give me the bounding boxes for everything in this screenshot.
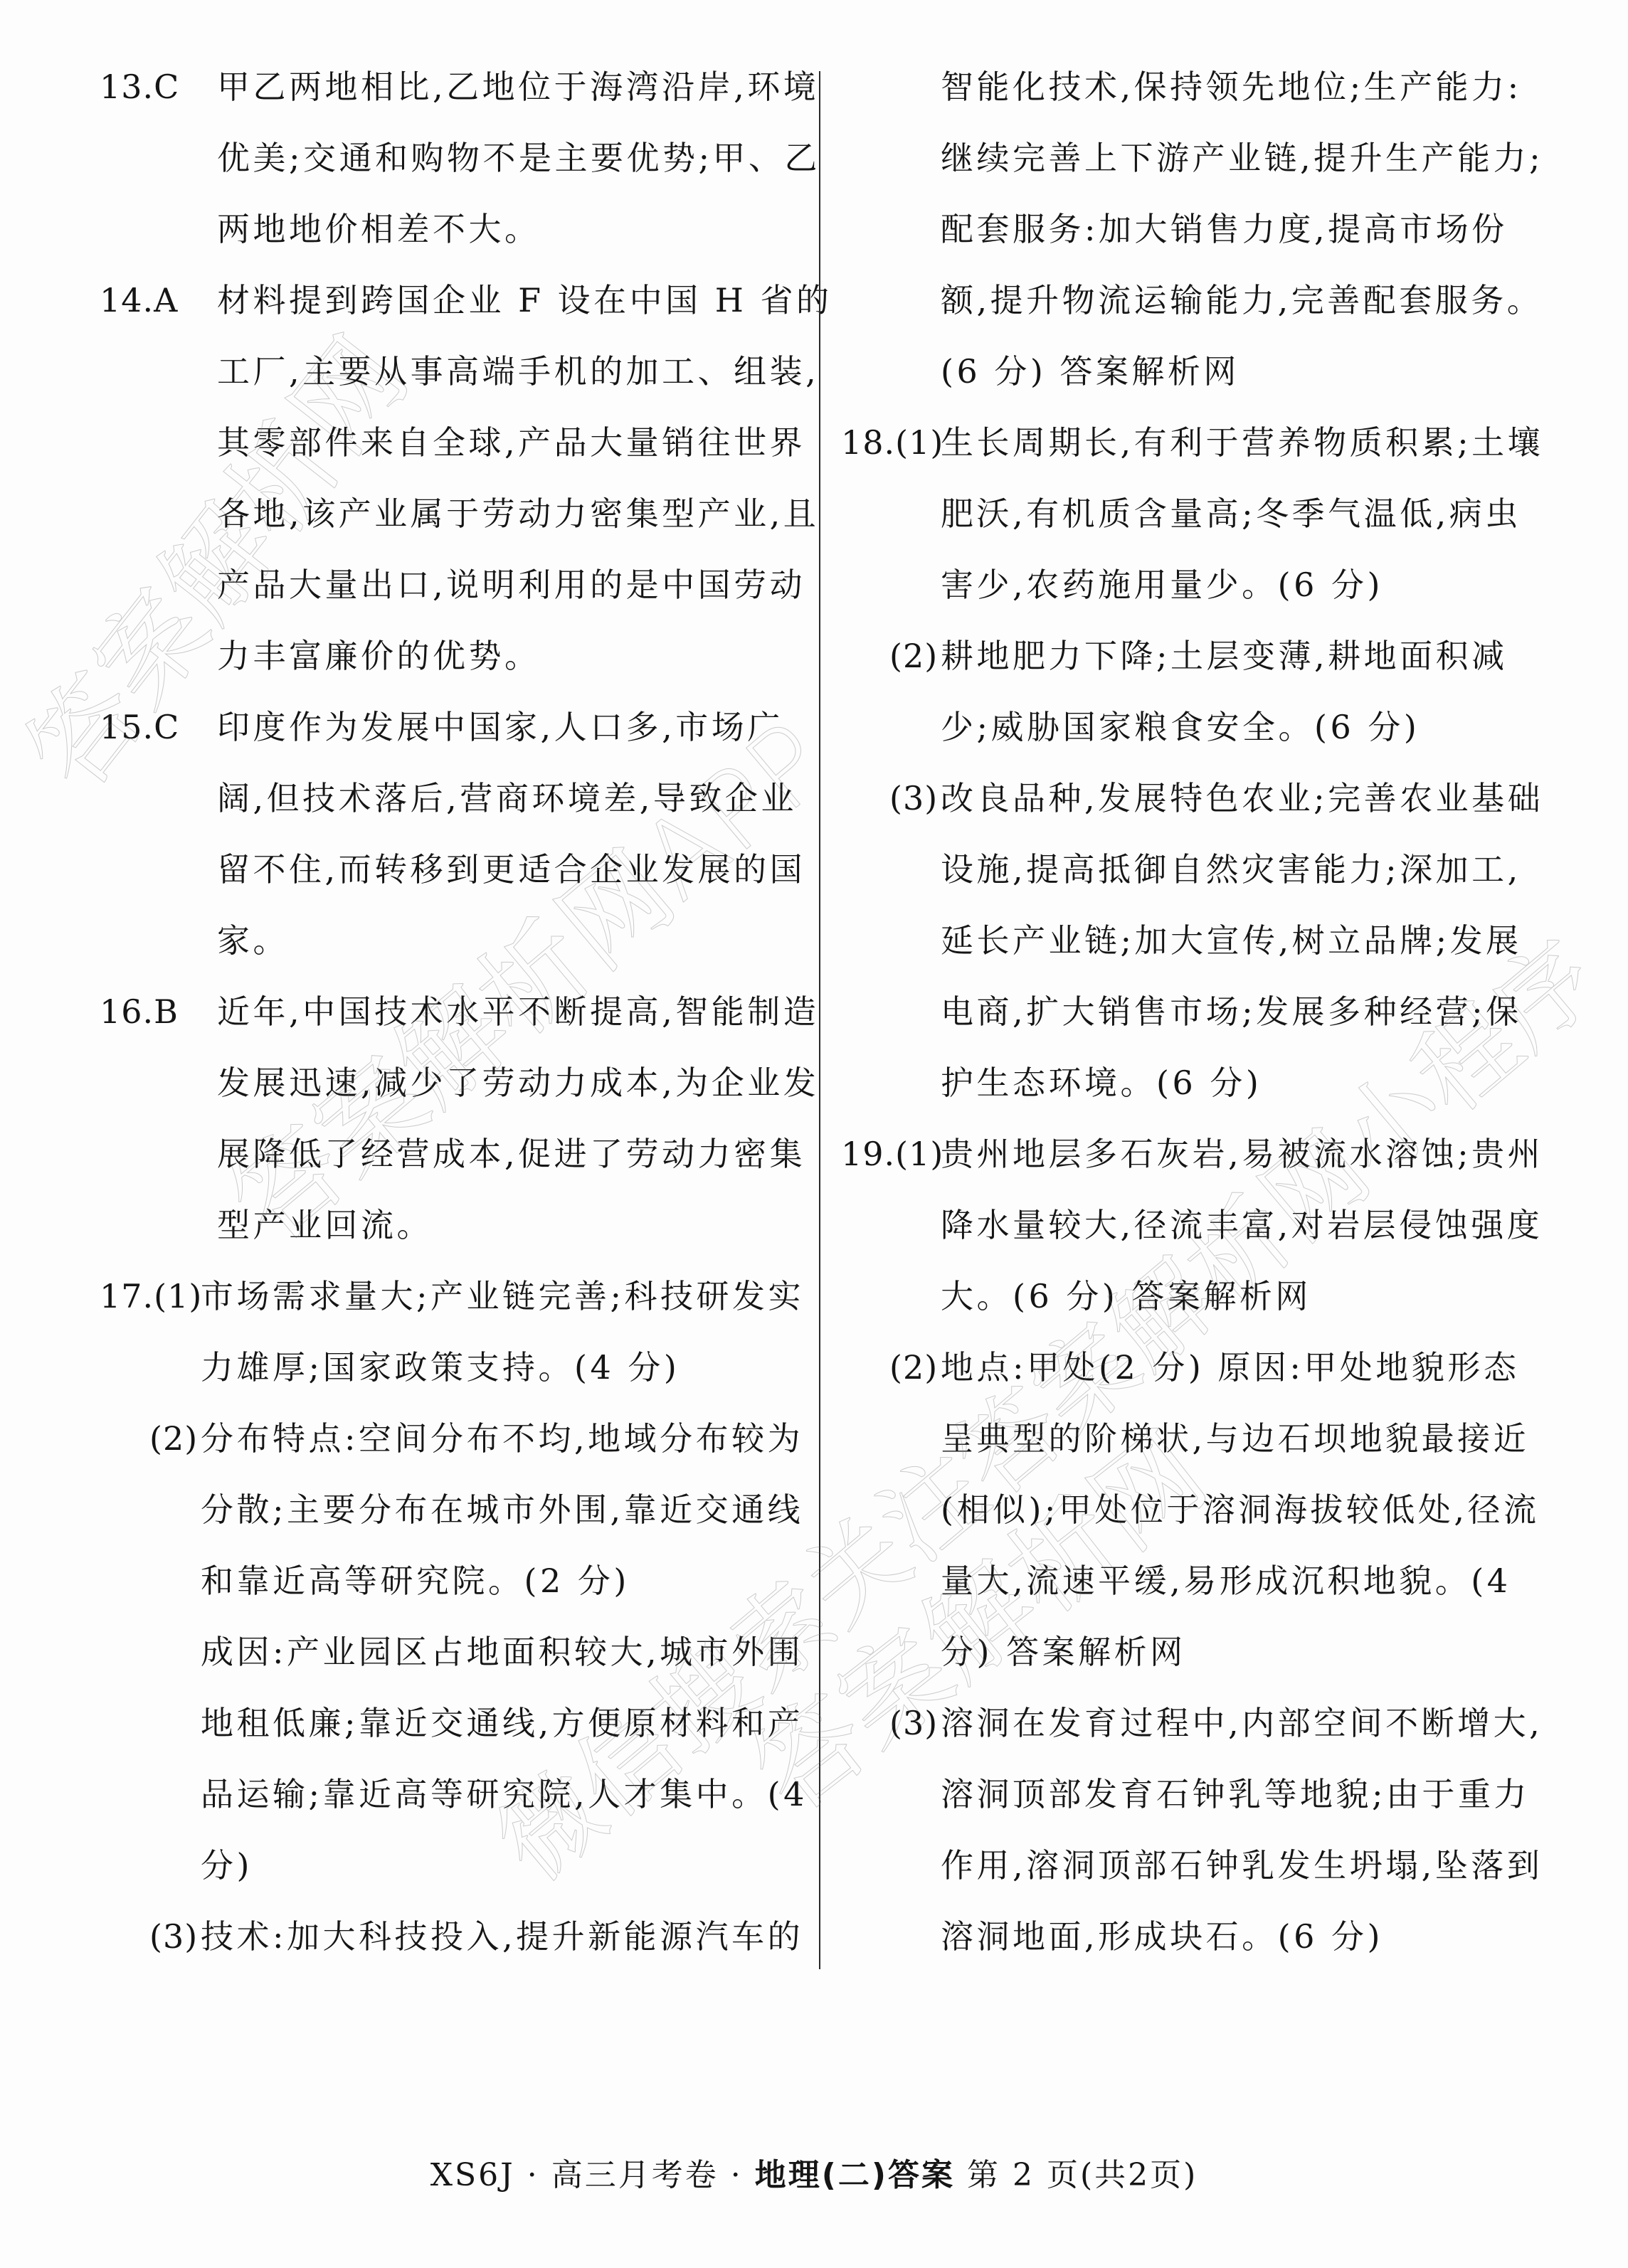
answer-text: 和靠近高等研究院。(2 分) bbox=[201, 1545, 630, 1616]
answer-line: 智能化技术,保持领先地位;生产能力: bbox=[840, 51, 1551, 122]
answer-text: 耕地肥力下降;土层变薄,耕地面积减 bbox=[941, 620, 1508, 691]
answer-line: 分散;主要分布在城市外围,靠近交通线 bbox=[100, 1474, 804, 1545]
question-number: 13.C bbox=[100, 51, 179, 122]
answer-line: 继续完善上下游产业链,提升生产能力; bbox=[840, 122, 1551, 194]
answer-line: 优美;交通和购物不是主要优势;甲、乙 bbox=[100, 122, 804, 194]
answer-block: (2)地点:甲处(2 分) 原因:甲处地貌形态呈典型的阶梯状,与边石坝地貌最接近… bbox=[840, 1332, 1551, 1687]
answer-text: 额,提升物流运输能力,完善配套服务。 bbox=[941, 265, 1543, 336]
answer-line: 18.(1)生长周期长,有利于营养物质积累;土壤 bbox=[840, 407, 1551, 478]
answer-text: 溶洞顶部发育石钟乳等地貌;由于重力 bbox=[941, 1759, 1530, 1830]
answer-line: (6 分) 答案解析网 bbox=[840, 336, 1551, 407]
answer-text: 少;威胁国家粮食安全。(6 分) bbox=[941, 691, 1420, 763]
answer-block: 19.(1)贵州地层多石灰岩,易被流水溶蚀;贵州降水量较大,径流丰富,对岩层侵蚀… bbox=[840, 1118, 1551, 1332]
answer-block: 18.(1)生长周期长,有利于营养物质积累;土壤肥沃,有机质含量高;冬季气温低,… bbox=[840, 407, 1551, 620]
answer-line: 额,提升物流运输能力,完善配套服务。 bbox=[840, 265, 1551, 336]
answer-line: 配套服务:加大销售力度,提高市场份 bbox=[840, 194, 1551, 265]
answer-line: 分) 答案解析网 bbox=[840, 1616, 1551, 1687]
answer-line: 分) bbox=[100, 1830, 804, 1901]
answer-text: 成因:产业园区占地面积较大,城市外围 bbox=[201, 1616, 803, 1687]
answer-line: (2)耕地肥力下降;土层变薄,耕地面积减 bbox=[840, 620, 1551, 691]
answer-line: 阔,但技术落后,营商环境差,导致企业 bbox=[100, 763, 804, 834]
answer-line: 两地地价相差不大。 bbox=[100, 194, 804, 265]
answer-block: (3)改良品种,发展特色农业;完善农业基础设施,提高抵御自然灾害能力;深加工,延… bbox=[840, 763, 1551, 1118]
answer-text: 优美;交通和购物不是主要优势;甲、乙 bbox=[217, 122, 820, 194]
answer-line: 大。(6 分) 答案解析网 bbox=[840, 1261, 1551, 1332]
footer-sep: · bbox=[731, 2157, 743, 2193]
answer-line: 型产业回流。 bbox=[100, 1189, 804, 1261]
question-number: 17.(1) bbox=[100, 1261, 202, 1332]
answer-text: 设施,提高抵御自然灾害能力;深加工, bbox=[941, 834, 1521, 905]
question-number: 16.B bbox=[100, 976, 179, 1047]
footer-page: 第 2 页(共2页) bbox=[967, 2157, 1198, 2193]
answer-text: 品运输;靠近高等研究院,人才集中。(4 bbox=[201, 1759, 808, 1830]
answer-block: 智能化技术,保持领先地位;生产能力:继续完善上下游产业链,提升生产能力;配套服务… bbox=[840, 51, 1551, 407]
answer-line: 15.C印度作为发展中国家,人口多,市场广 bbox=[100, 691, 804, 763]
answer-text: 甲乙两地相比,乙地位于海湾沿岸,环境 bbox=[217, 51, 819, 122]
answer-text: 溶洞在发育过程中,内部空间不断增大, bbox=[941, 1687, 1543, 1759]
answer-text: 其零部件来自全球,产品大量销往世界 bbox=[217, 407, 805, 478]
answer-block: (2)耕地肥力下降;土层变薄,耕地面积减少;威胁国家粮食安全。(6 分) bbox=[840, 620, 1551, 763]
answer-text: 技术:加大科技投入,提升新能源汽车的 bbox=[201, 1901, 803, 1972]
answer-text: 大。(6 分) 答案解析网 bbox=[941, 1261, 1311, 1332]
answer-text: 智能化技术,保持领先地位;生产能力: bbox=[941, 51, 1522, 122]
footer-sep: · bbox=[527, 2157, 539, 2193]
answer-text: 分散;主要分布在城市外围,靠近交通线 bbox=[201, 1474, 803, 1545]
answer-line: 各地,该产业属于劳动力密集型产业,且 bbox=[100, 478, 804, 549]
answer-line: 展降低了经营成本,促进了劳动力密集 bbox=[100, 1118, 804, 1189]
answer-text: 家。 bbox=[217, 905, 289, 976]
answer-line: (3)改良品种,发展特色农业;完善农业基础 bbox=[840, 763, 1551, 834]
page-footer: XS6J · 高三月考卷 · 地理(二)答案 第 2 页(共2页) bbox=[0, 2147, 1628, 2204]
answer-line: 产品大量出口,说明利用的是中国劳动 bbox=[100, 549, 804, 620]
answer-text: 留不住,而转移到更适合企业发展的国 bbox=[217, 834, 805, 905]
answer-text: 发展迅速,减少了劳动力成本,为企业发 bbox=[217, 1047, 819, 1118]
answer-line: 13.C甲乙两地相比,乙地位于海湾沿岸,环境 bbox=[100, 51, 804, 122]
answer-line: 害少,农药施用量少。(6 分) bbox=[840, 549, 1551, 620]
answer-text: 阔,但技术落后,营商环境差,导致企业 bbox=[217, 763, 797, 834]
answer-line: (2)分布特点:空间分布不均,地域分布较为 bbox=[100, 1403, 804, 1474]
answer-text: 分) 答案解析网 bbox=[941, 1616, 1186, 1687]
right-column: 智能化技术,保持领先地位;生产能力:继续完善上下游产业链,提升生产能力;配套服务… bbox=[840, 51, 1551, 1972]
answer-text: 力雄厚;国家政策支持。(4 分) bbox=[201, 1332, 680, 1403]
answer-text: 肥沃,有机质含量高;冬季气温低,病虫 bbox=[941, 478, 1521, 549]
answer-text: 护生态环境。(6 分) bbox=[941, 1047, 1262, 1118]
answer-text: (6 分) 答案解析网 bbox=[941, 336, 1239, 407]
answer-text: 呈典型的阶梯状,与边石坝地貌最接近 bbox=[941, 1403, 1529, 1474]
answer-line: 电商,扩大销售市场;发展多种经营;保 bbox=[840, 976, 1551, 1047]
answer-block: (3)技术:加大科技投入,提升新能源汽车的 bbox=[100, 1901, 804, 1972]
question-number: (3) bbox=[889, 763, 938, 834]
question-number: (2) bbox=[149, 1403, 198, 1474]
question-number: (2) bbox=[889, 620, 938, 691]
question-number: 18.(1) bbox=[841, 407, 943, 478]
answer-text: 生长周期长,有利于营养物质积累;土壤 bbox=[941, 407, 1543, 478]
answer-line: (3)技术:加大科技投入,提升新能源汽车的 bbox=[100, 1901, 804, 1972]
answer-text: 配套服务:加大销售力度,提高市场份 bbox=[941, 194, 1508, 265]
answer-block: 13.C甲乙两地相比,乙地位于海湾沿岸,环境优美;交通和购物不是主要优势;甲、乙… bbox=[100, 51, 804, 265]
answer-text: 电商,扩大销售市场;发展多种经营;保 bbox=[941, 976, 1522, 1047]
answer-text: 地点:甲处(2 分) 原因:甲处地貌形态 bbox=[941, 1332, 1519, 1403]
answer-text: 改良品种,发展特色农业;完善农业基础 bbox=[941, 763, 1543, 834]
answer-line: 地租低廉;靠近交通线,方便原材料和产 bbox=[100, 1687, 804, 1759]
answer-line: 少;威胁国家粮食安全。(6 分) bbox=[840, 691, 1551, 763]
footer-subject: 地理(二)答案 bbox=[755, 2157, 955, 2193]
answer-line: 家。 bbox=[100, 905, 804, 976]
answer-block: 16.B近年,中国技术水平不断提高,智能制造发展迅速,减少了劳动力成本,为企业发… bbox=[100, 976, 804, 1261]
answer-text: 近年,中国技术水平不断提高,智能制造 bbox=[217, 976, 819, 1047]
answer-text: 害少,农药施用量少。(6 分) bbox=[941, 549, 1383, 620]
answer-block: (3)溶洞在发育过程中,内部空间不断增大,溶洞顶部发育石钟乳等地貌;由于重力作用… bbox=[840, 1687, 1551, 1972]
answer-line: 17.(1)市场需求量大;产业链完善;科技研发实 bbox=[100, 1261, 804, 1332]
answer-line: 品运输;靠近高等研究院,人才集中。(4 bbox=[100, 1759, 804, 1830]
answer-line: 发展迅速,减少了劳动力成本,为企业发 bbox=[100, 1047, 804, 1118]
answer-text: 力丰富廉价的优势。 bbox=[217, 620, 541, 691]
answer-line: 呈典型的阶梯状,与边石坝地貌最接近 bbox=[840, 1403, 1551, 1474]
footer-exam: 高三月考卷 bbox=[551, 2157, 719, 2193]
answer-line: (2)地点:甲处(2 分) 原因:甲处地貌形态 bbox=[840, 1332, 1551, 1403]
answer-text: 各地,该产业属于劳动力密集型产业,且 bbox=[217, 478, 819, 549]
column-divider bbox=[819, 71, 820, 1969]
answer-block: 17.(1)市场需求量大;产业链完善;科技研发实力雄厚;国家政策支持。(4 分) bbox=[100, 1261, 804, 1403]
answer-line: 溶洞地面,形成块石。(6 分) bbox=[840, 1901, 1551, 1972]
answer-text: 工厂,主要从事高端手机的加工、组装, bbox=[217, 336, 819, 407]
answer-block: 15.C印度作为发展中国家,人口多,市场广阔,但技术落后,营商环境差,导致企业留… bbox=[100, 691, 804, 976]
answer-line: 作用,溶洞顶部石钟乳发生坍塌,坠落到 bbox=[840, 1830, 1551, 1901]
answer-line: 降水量较大,径流丰富,对岩层侵蚀强度 bbox=[840, 1189, 1551, 1261]
answer-line: 成因:产业园区占地面积较大,城市外围 bbox=[100, 1616, 804, 1687]
answer-text: 继续完善上下游产业链,提升生产能力; bbox=[941, 122, 1543, 194]
answer-sheet-page: 13.C甲乙两地相比,乙地位于海湾沿岸,环境优美;交通和购物不是主要优势;甲、乙… bbox=[0, 0, 1628, 2268]
answer-line: 设施,提高抵御自然灾害能力;深加工, bbox=[840, 834, 1551, 905]
answer-line: 力丰富廉价的优势。 bbox=[100, 620, 804, 691]
answer-text: 两地地价相差不大。 bbox=[217, 194, 541, 265]
question-number: (3) bbox=[149, 1901, 198, 1972]
answer-text: 地租低廉;靠近交通线,方便原材料和产 bbox=[201, 1687, 803, 1759]
answer-text: 延长产业链;加大宣传,树立品牌;发展 bbox=[941, 905, 1522, 976]
answer-line: 14.A材料提到跨国企业 F 设在中国 H 省的 bbox=[100, 265, 804, 336]
question-number: 14.A bbox=[100, 265, 178, 336]
answer-line: 其零部件来自全球,产品大量销往世界 bbox=[100, 407, 804, 478]
answer-text: 作用,溶洞顶部石钟乳发生坍塌,坠落到 bbox=[941, 1830, 1543, 1901]
answer-line: (3)溶洞在发育过程中,内部空间不断增大, bbox=[840, 1687, 1551, 1759]
answer-text: 分) bbox=[201, 1830, 253, 1901]
answer-line: 和靠近高等研究院。(2 分) bbox=[100, 1545, 804, 1616]
footer-code: XS6J bbox=[430, 2157, 515, 2193]
question-number: 15.C bbox=[100, 691, 179, 763]
answer-text: 贵州地层多石灰岩,易被流水溶蚀;贵州 bbox=[941, 1118, 1543, 1189]
answer-line: 19.(1)贵州地层多石灰岩,易被流水溶蚀;贵州 bbox=[840, 1118, 1551, 1189]
answer-line: (相似);甲处位于溶洞海拔较低处,径流 bbox=[840, 1474, 1551, 1545]
answer-text: 型产业回流。 bbox=[217, 1189, 433, 1261]
answer-text: (相似);甲处位于溶洞海拔较低处,径流 bbox=[941, 1474, 1540, 1545]
question-number: 19.(1) bbox=[841, 1118, 943, 1189]
answer-text: 量大,流速平缓,易形成沉积地貌。(4 bbox=[941, 1545, 1511, 1616]
question-number: (3) bbox=[889, 1687, 938, 1759]
answer-text: 市场需求量大;产业链完善;科技研发实 bbox=[201, 1261, 804, 1332]
answer-text: 印度作为发展中国家,人口多,市场广 bbox=[217, 691, 783, 763]
answer-line: 延长产业链;加大宣传,树立品牌;发展 bbox=[840, 905, 1551, 976]
answer-line: 力雄厚;国家政策支持。(4 分) bbox=[100, 1332, 804, 1403]
answer-text: 产品大量出口,说明利用的是中国劳动 bbox=[217, 549, 805, 620]
answer-line: 肥沃,有机质含量高;冬季气温低,病虫 bbox=[840, 478, 1551, 549]
answer-line: 溶洞顶部发育石钟乳等地貌;由于重力 bbox=[840, 1759, 1551, 1830]
answer-text: 展降低了经营成本,促进了劳动力密集 bbox=[217, 1118, 805, 1189]
answer-block: (2)分布特点:空间分布不均,地域分布较为分散;主要分布在城市外围,靠近交通线和… bbox=[100, 1403, 804, 1901]
answer-text: 材料提到跨国企业 F 设在中国 H 省的 bbox=[217, 265, 832, 336]
answer-block: 14.A材料提到跨国企业 F 设在中国 H 省的工厂,主要从事高端手机的加工、组… bbox=[100, 265, 804, 691]
answer-line: 留不住,而转移到更适合企业发展的国 bbox=[100, 834, 804, 905]
left-column: 13.C甲乙两地相比,乙地位于海湾沿岸,环境优美;交通和购物不是主要优势;甲、乙… bbox=[100, 51, 804, 1972]
answer-line: 工厂,主要从事高端手机的加工、组装, bbox=[100, 336, 804, 407]
answer-line: 16.B近年,中国技术水平不断提高,智能制造 bbox=[100, 976, 804, 1047]
answer-line: 量大,流速平缓,易形成沉积地貌。(4 bbox=[840, 1545, 1551, 1616]
question-number: (2) bbox=[889, 1332, 938, 1403]
answer-text: 分布特点:空间分布不均,地域分布较为 bbox=[201, 1403, 803, 1474]
answer-text: 降水量较大,径流丰富,对岩层侵蚀强度 bbox=[941, 1189, 1543, 1261]
answer-text: 溶洞地面,形成块石。(6 分) bbox=[941, 1901, 1383, 1972]
answer-line: 护生态环境。(6 分) bbox=[840, 1047, 1551, 1118]
